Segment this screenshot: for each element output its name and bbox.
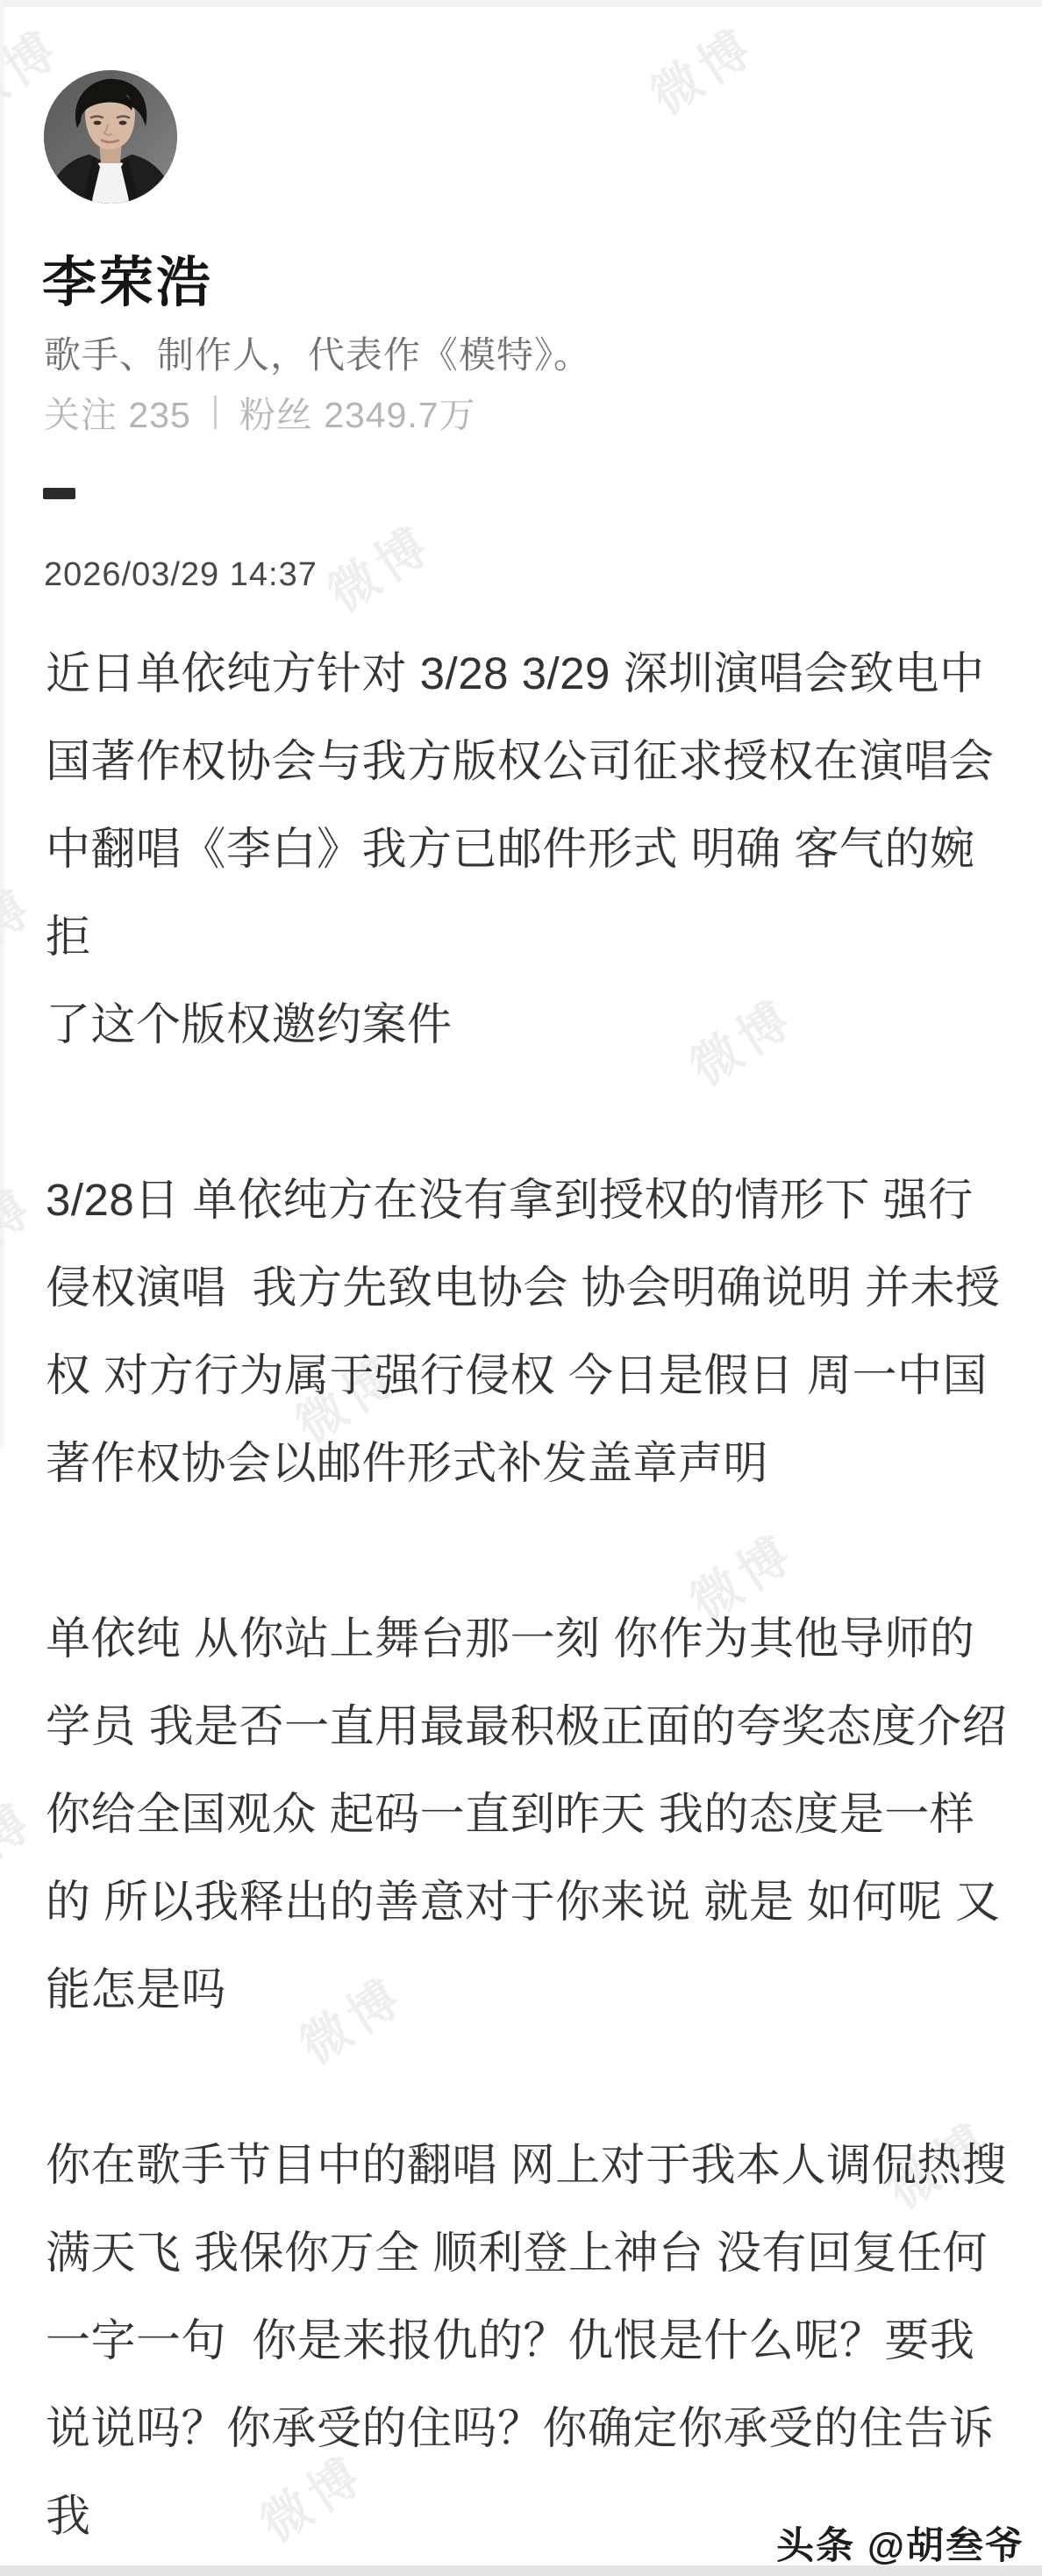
avatar-photo	[44, 70, 177, 204]
post-body-text: 近日单依纯方针对 3/28 3/29 深圳演唱会致电中 国著作权协会与我方版权公…	[46, 630, 1010, 2560]
article-dash-marker	[43, 488, 75, 499]
profile-name: 李荣浩	[42, 239, 213, 317]
weibo-watermark: 微博	[0, 1169, 46, 1289]
weibo-article-screenshot: 微博 微博 微博 微博 微博 微博 微博 微博 微博 微博 微博 微博	[0, 0, 1042, 2576]
post-timestamp: 2026/03/29 14:37	[44, 556, 318, 594]
profile-bio: 歌手、制作人，代表作《模特》。	[44, 326, 591, 379]
screenshot-left-edge	[0, 0, 4, 1448]
weibo-watermark: 微博	[313, 506, 446, 626]
weibo-watermark: 微博	[0, 869, 46, 989]
screenshot-top-edge	[0, 0, 1042, 7]
stats-divider	[214, 396, 217, 429]
weibo-watermark: 微博	[636, 9, 768, 129]
weibo-watermark: 微博	[0, 1783, 46, 1903]
profile-stats: 关注 235 粉丝 2349.7万	[44, 386, 476, 438]
screenshot-bottom-edge	[0, 2565, 1042, 2576]
following-count[interactable]: 关注 235	[44, 386, 191, 438]
avatar[interactable]	[44, 70, 177, 204]
toutiao-credit-watermark: 头条 @胡叁爷	[776, 2516, 1024, 2570]
followers-count[interactable]: 粉丝 2349.7万	[239, 386, 476, 438]
